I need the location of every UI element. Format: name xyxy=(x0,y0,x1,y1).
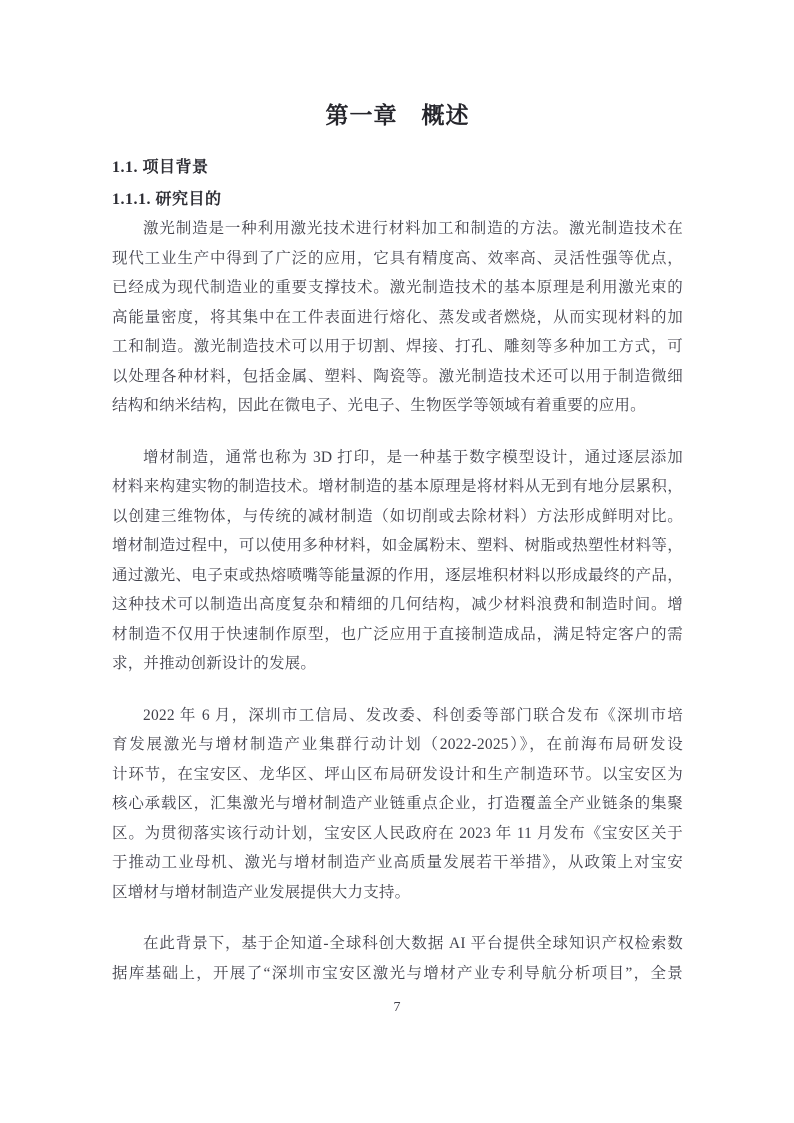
paragraph-laser-manufacturing: 激光制造是一种利用激光技术进行材料加工和制造的方法。激光制造技术在 现代工业生产… xyxy=(112,214,683,421)
text-line: 增材制造，通常也称为 3D 打印，是一种基于数字模型设计，通过逐层添加 xyxy=(112,443,683,473)
page-number: 7 xyxy=(0,999,794,1017)
text-line: 计环节，在宝安区、龙华区、坪山区布局研发设计和生产制造环节。以宝安区为 xyxy=(112,760,683,790)
text-line: 增材制造过程中，可以使用多种材料，如金属粉末、塑料、树脂或热塑性材料等， xyxy=(112,531,683,561)
text-line: 现代工业生产中得到了广泛的应用，它具有精度高、效率高、灵活性强等优点， xyxy=(112,244,683,274)
text-line: 核心承载区，汇集激光与增材制造产业链重点企业，打造覆盖全产业链条的集聚 xyxy=(112,789,683,819)
text-line: 区。为贯彻落实该行动计划，宝安区人民政府在 2023 年 11 月发布《宝安区关… xyxy=(112,819,683,849)
text-line: 结构和纳米结构，因此在微电子、光电子、生物医学等领域有着重要的应用。 xyxy=(112,391,683,421)
document-page: 第一章 概述 1.1. 项目背景 1.1.1. 研究目的 激光制造是一种利用激光… xyxy=(0,0,794,1123)
text-line: 通过激光、电子束或热熔喷嘴等能量源的作用，逐层堆积材料以形成最终的产品， xyxy=(112,561,683,591)
section-heading-1-1: 1.1. 项目背景 xyxy=(112,157,683,179)
text-line: 激光制造是一种利用激光技术进行材料加工和制造的方法。激光制造技术在 xyxy=(112,214,683,244)
paragraph-shenzhen-policy: 2022 年 6 月，深圳市工信局、发改委、科创委等部门联合发布《深圳市培 育发… xyxy=(112,701,683,908)
page-content: 第一章 概述 1.1. 项目背景 1.1.1. 研究目的 激光制造是一种利用激光… xyxy=(0,0,794,988)
text-line: 求，并推动创新设计的发展。 xyxy=(112,649,683,679)
text-line: 高能量密度，将其集中在工件表面进行熔化、蒸发或者燃烧，从而实现材料的加 xyxy=(112,303,683,333)
text-line: 据库基础上，开展了“深圳市宝安区激光与增材产业专利导航分析项目”，全景 xyxy=(112,959,683,989)
text-line: 于推动工业母机、激光与增材制造产业高质量发展若干举措》，从政策上对宝安 xyxy=(112,848,683,878)
text-line: 以处理各种材料，包括金属、塑料、陶瓷等。激光制造技术还可以用于制造微细 xyxy=(112,362,683,392)
text-line: 2022 年 6 月，深圳市工信局、发改委、科创委等部门联合发布《深圳市培 xyxy=(112,701,683,731)
text-line: 区增材与增材制造产业发展提供大力支持。 xyxy=(112,878,683,908)
text-line: 材制造不仅用于快速制作原型，也广泛应用于直接制造成品，满足特定客户的需 xyxy=(112,620,683,650)
text-line: 材料来构建实物的制造技术。增材制造的基本原理是将材料从无到有地分层累积， xyxy=(112,472,683,502)
section-heading-1-1-1: 1.1.1. 研究目的 xyxy=(112,189,683,211)
text-line: 这种技术可以制造出高度复杂和精细的几何结构，减少材料浪费和制造时间。增 xyxy=(112,590,683,620)
text-line: 以创建三维物体，与传统的减材制造（如切削或去除材料）方法形成鲜明对比。 xyxy=(112,502,683,532)
text-line: 在此背景下，基于企知道-全球科创大数据 AI 平台提供全球知识产权检索数 xyxy=(112,929,683,959)
text-line: 已经成为现代制造业的重要支撑技术。激光制造技术的基本原理是利用激光束的 xyxy=(112,273,683,303)
text-line: 工和制造。激光制造技术可以用于切割、焊接、打孔、雕刻等多种加工方式，可 xyxy=(112,332,683,362)
paragraph-additive-manufacturing: 增材制造，通常也称为 3D 打印，是一种基于数字模型设计，通过逐层添加 材料来构… xyxy=(112,443,683,679)
text-line: 育发展激光与增材制造产业集群行动计划（2022-2025）》，在前海布局研发设 xyxy=(112,730,683,760)
paragraph-project-background: 在此背景下，基于企知道-全球科创大数据 AI 平台提供全球知识产权检索数 据库基… xyxy=(112,929,683,988)
chapter-title: 第一章 概述 xyxy=(112,100,683,131)
